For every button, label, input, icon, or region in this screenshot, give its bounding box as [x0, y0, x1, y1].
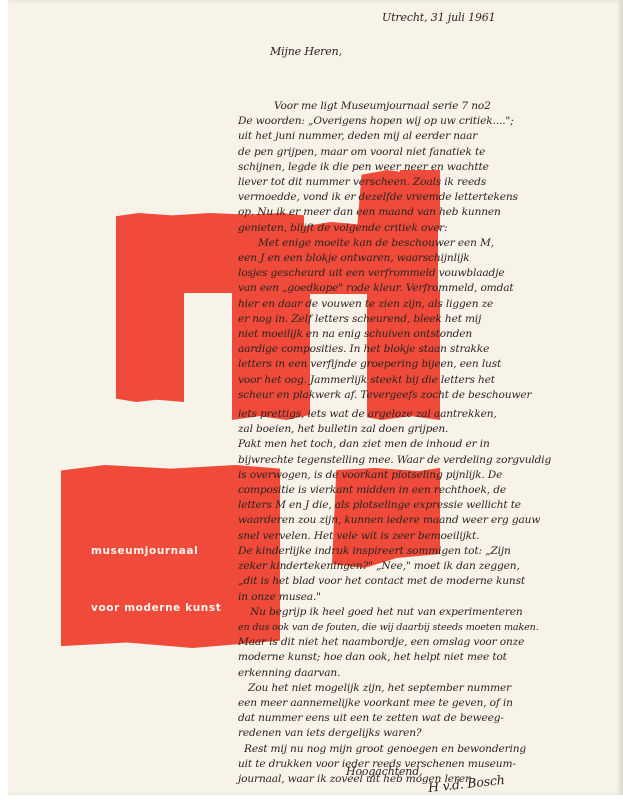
- letter-line: De woorden: „Overigens hopen wij op uw c…: [238, 114, 551, 129]
- magazine-title: museumjournaal: [91, 545, 198, 557]
- letter-line: letters M en J die, als plotselinge expr…: [238, 498, 551, 513]
- letter-line: voor het oog. Jammerlijk steekt bij die …: [238, 373, 551, 388]
- letter-line: letters in een verfijnde groepering bije…: [238, 357, 551, 372]
- letter-line: een J en een blokje ontwaren, waarschijn…: [238, 251, 551, 266]
- letter-line: zal boeien, het bulletin zal doen grijpe…: [238, 422, 551, 437]
- letter-line: liever tot dit nummer verscheen. Zoals i…: [238, 175, 551, 190]
- letter-line: er nog in. Zelf letters scheurend, bleek…: [238, 312, 551, 327]
- letter-line: vermoedde, vond ik er dezelfde vreemde l…: [238, 190, 551, 205]
- letter-line: aardige composities. In het blokje staan…: [238, 342, 551, 357]
- letter-line: van een „goedkope" rode kleur. Verfromme…: [238, 281, 551, 296]
- letter-line: losjes gescheurd uit een verfrommeld vou…: [238, 266, 551, 281]
- letter-line: bijwrechte tegenstelling mee. Waar de ve…: [238, 453, 551, 468]
- letter-line: Pakt men het toch, dan ziet men de inhou…: [238, 437, 551, 452]
- letter-line: waarderen zou zijn, kunnen iedere maand …: [238, 513, 551, 528]
- letter-line: Met enige moeite kan de beschouwer een M…: [238, 236, 551, 251]
- letter-line: snel vervelen. Het vele wit is zeer bemo…: [238, 529, 551, 544]
- letter-line: niet moeilijk en na enig schuiven ontsto…: [238, 327, 551, 342]
- letter-line: scheur en plakwerk af. Tevergeefs zocht …: [238, 388, 551, 403]
- letter-dateline: Utrecht, 31 juli 1961: [382, 10, 495, 25]
- letter-line: een meer aannemelijke voorkant mee te ge…: [238, 696, 551, 711]
- letter-line: de pen grijpen, maar om vooral niet fana…: [238, 145, 551, 160]
- letter-line: hier en daar de vouwen te zien zijn, als…: [238, 297, 551, 312]
- letter-line: moderne kunst; hoe dan ook, het helpt ni…: [238, 650, 551, 665]
- letter-line: compositie is vierkant midden in een rec…: [238, 483, 551, 498]
- letter-line: schijnen, legde ik die pen weer neer en …: [238, 160, 551, 175]
- letter-line: zeker kindertekeningen?" „Nee," moet ik …: [238, 559, 551, 574]
- magazine-subtitle: voor moderne kunst: [91, 602, 221, 614]
- letter-line: erkenning daarvan.: [238, 666, 551, 681]
- letter-line: redenen van iets dergelijks waren?: [238, 726, 551, 741]
- letter-line: uit het juni nummer, deden mij al eerder…: [238, 129, 551, 144]
- letter-salutation: Mijne Heren,: [270, 44, 342, 59]
- letter-line: Nu begrijp ik heel goed het nut van expe…: [238, 605, 551, 620]
- letter-line: Zou het niet mogelijk zijn, het septembe…: [238, 681, 551, 696]
- letter-line: dat nummer eens uit een te zetten wat de…: [238, 711, 551, 726]
- letter-line: op. Nu ik er meer dan een maand van heb …: [238, 205, 551, 220]
- letter-line: in onze musea.": [238, 590, 551, 605]
- letter-line: genieten, blijft de volgende critiek ove…: [238, 221, 551, 236]
- letter-closing: Hoogachtend,: [346, 764, 422, 779]
- red-letter-m-left-leg: [116, 290, 184, 402]
- letter-line: De kinderlijke indruk inspireert sommige…: [238, 544, 551, 559]
- letter-line: Rest mij nu nog mijn groot genoegen en b…: [238, 742, 551, 757]
- letter-body: Voor me ligt Museumjournaal serie 7 no2 …: [238, 99, 551, 787]
- letter-line: Voor me ligt Museumjournaal serie 7 no2: [238, 99, 551, 114]
- letter-line: is overwogen, is de voorkant plotseling …: [238, 468, 551, 483]
- letter-line: iets prettigs, iets wat de argeloze zal …: [238, 407, 551, 422]
- letter-line: en dus ook van de fouten, die wij daarbi…: [238, 620, 551, 635]
- letter-line: „dit is het blad voor het contact met de…: [238, 574, 551, 589]
- letter-line: Maar is dit niet het naambordje, een oms…: [238, 635, 551, 650]
